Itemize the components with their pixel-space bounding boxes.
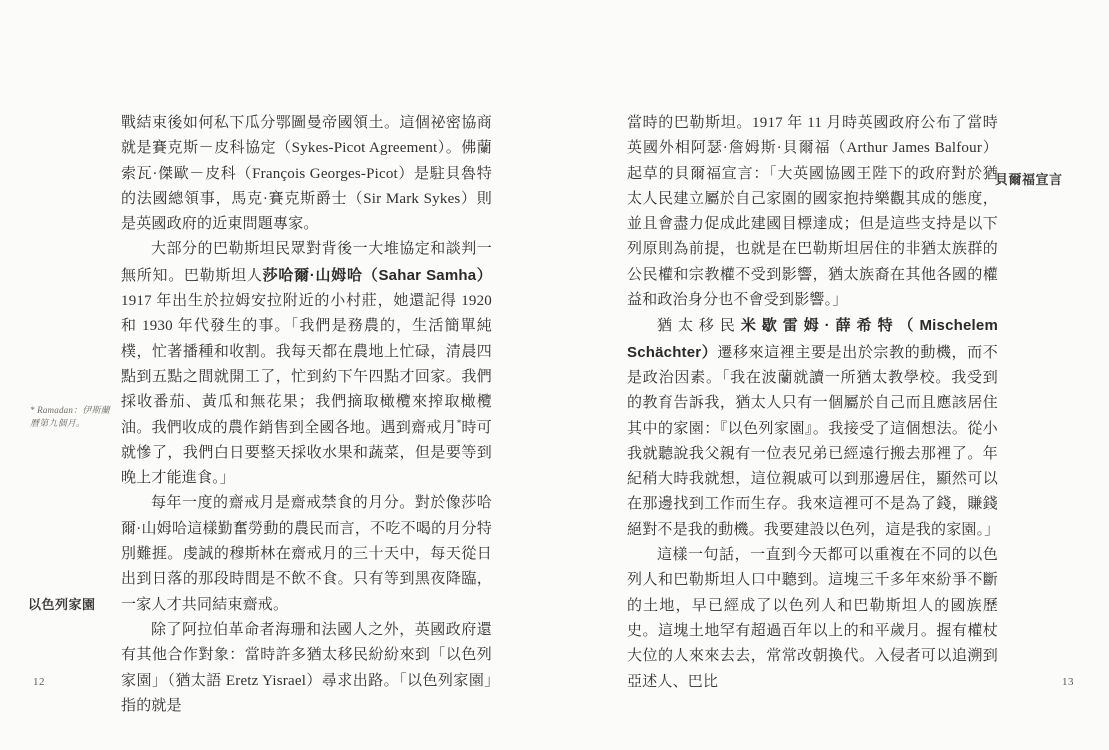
paragraph-text: 1917 年出生於拉姆安拉附近的小村莊，她還記得 1920 和 1930 年代發… <box>121 293 492 435</box>
book-spread: * Ramadan：伊斯蘭曆第九個月。 以色列家園 戰結束後如何私下瓜分鄂圖曼帝… <box>0 0 1109 750</box>
paragraph-text: 這樣一句話，一直到今天都可以重複在不同的以色列人和巴勒斯坦人口中聽到。這塊三千多… <box>627 547 998 689</box>
paragraph-text: 每年一度的齋戒月是齋戒禁食的月分。對於像莎哈爾·山姆哈這樣勤奮勞動的農民而言，不… <box>121 495 492 612</box>
paragraph: 這樣一句話，一直到今天都可以重複在不同的以色列人和巴勒斯坦人口中聽到。這塊三千多… <box>627 543 998 695</box>
paragraph: 戰結束後如何私下瓜分鄂圖曼帝國領土。這個祕密協商就是賽克斯－皮科協定（Sykes… <box>121 111 492 237</box>
paragraph-text: 猶太移民 <box>657 318 741 334</box>
footnote-margin-note: * Ramadan：伊斯蘭曆第九個月。 <box>30 404 116 430</box>
margin-label-balfour-declaration: 貝爾福宣言 <box>995 169 1063 188</box>
person-name-sahar-samha: 莎哈爾·山姆哈（Sahar Samha） <box>263 267 492 284</box>
paragraph-text: 當時的巴勒斯坦。1917 年 11 月時英國政府公布了當時英國外相阿瑟·詹姆斯·… <box>627 115 998 308</box>
paragraph: 除了阿拉伯革命者海珊和法國人之外，英國政府還有其他合作對象：當時許多猶太移民紛紛… <box>121 618 492 719</box>
page-number-left: 12 <box>33 676 45 688</box>
page-number-right: 13 <box>1062 676 1074 688</box>
paragraph-text: 戰結束後如何私下瓜分鄂圖曼帝國領土。這個祕密協商就是賽克斯－皮科協定（Sykes… <box>121 115 492 232</box>
margin-label-israel-home: 以色列家園 <box>28 594 96 613</box>
paragraph: 猶太移民米歇雷姆·薛希特（Mischelem Schächter）遷移來這裡主要… <box>627 313 998 543</box>
paragraph: 當時的巴勒斯坦。1917 年 11 月時英國政府公布了當時英國外相阿瑟·詹姆斯·… <box>627 111 998 313</box>
left-page-body-text: 戰結束後如何私下瓜分鄂圖曼帝國領土。這個祕密協商就是賽克斯－皮科協定（Sykes… <box>121 111 492 719</box>
paragraph: 大部分的巴勒斯坦民眾對背後一大堆協定和談判一無所知。巴勒斯坦人莎哈爾·山姆哈（S… <box>121 237 492 491</box>
paragraph: 每年一度的齋戒月是齋戒禁食的月分。對於像莎哈爾·山姆哈這樣勤奮勞動的農民而言，不… <box>121 491 492 617</box>
paragraph-text: 遷移來這裡主要是出於宗教的動機，而不是政治因素。「我在波蘭就讀一所猶太教學校。我… <box>627 345 1000 538</box>
paragraph-text: 除了阿拉伯革命者海珊和法國人之外，英國政府還有其他合作對象：當時許多猶太移民紛紛… <box>121 622 492 714</box>
right-page-body-text: 當時的巴勒斯坦。1917 年 11 月時英國政府公布了當時英國外相阿瑟·詹姆斯·… <box>627 111 998 695</box>
